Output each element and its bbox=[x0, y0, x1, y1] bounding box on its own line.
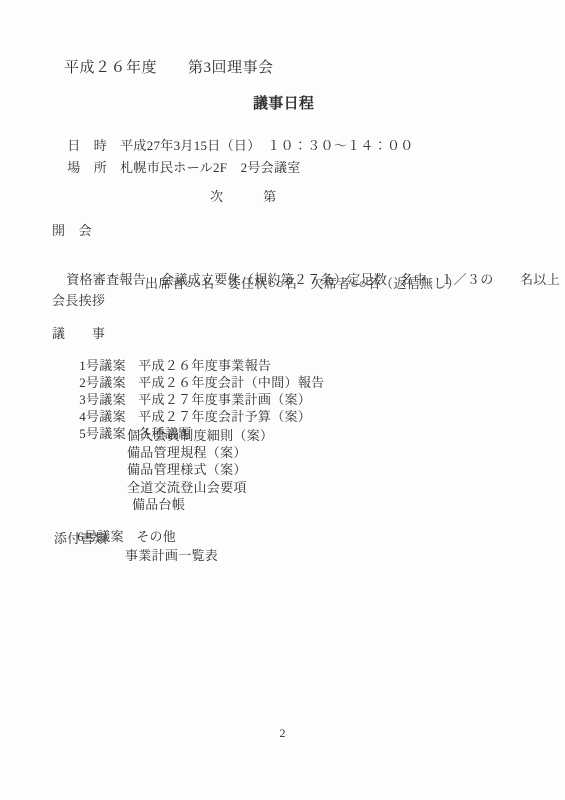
opening-line: 開 会 bbox=[52, 223, 92, 238]
document-page: 平成２６年度 第3回理事会 議事日程 日 時平成27年3月15日（日） １０：３… bbox=[0, 0, 565, 800]
sub-item-1: 個人会員制度細則（案） bbox=[127, 428, 273, 443]
attendance-line: 出席者○○名 委任状○○名 欠席者○○名（返信無し） bbox=[145, 276, 460, 291]
venue-value: 札幌市民ホール2F 2号会議室 bbox=[120, 160, 300, 175]
sub-item-5: 備品台帳 bbox=[132, 497, 185, 512]
page-number: 2 bbox=[0, 726, 565, 740]
order-heading: 次 第 bbox=[210, 189, 277, 204]
document-title: 平成２６年度 第3回理事会 bbox=[64, 59, 274, 77]
chair-greeting-line: 会長挨拶 bbox=[52, 293, 105, 308]
meta-venue-line: 場 所札幌市民ホール2F 2号会議室 bbox=[53, 145, 301, 190]
agenda-item-6-title: その他 bbox=[136, 529, 176, 544]
sub-item-4: 全道交流登山会要項 bbox=[127, 480, 247, 495]
agenda-label: 議 事 bbox=[52, 326, 105, 341]
sub-item-3: 備品管理様式（案） bbox=[127, 462, 247, 477]
sub-item-2: 備品管理規程（案） bbox=[127, 445, 247, 460]
agenda-subtitle: 議事日程 bbox=[253, 95, 314, 113]
attachment-item-1: 事業計画一覧表 bbox=[125, 548, 218, 563]
qualification-label: 資格審査報告 bbox=[66, 272, 146, 287]
venue-label: 場 所 bbox=[67, 160, 107, 175]
attachments-label: 添付書類 bbox=[54, 531, 107, 546]
